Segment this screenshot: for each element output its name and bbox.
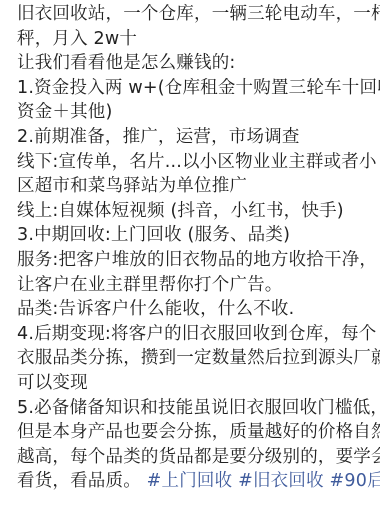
post-line: 3.中期回收:上门回收 (服务、品类) — [17, 223, 367, 248]
post-line: 衣服品类分拣，攒到一定数量然后拉到源头厂就 — [17, 346, 367, 371]
hashtag-link-door-recycling[interactable]: #上门回收 — [147, 471, 233, 491]
post-line: 让客户在业主群里帮你打个广告。 — [17, 273, 367, 298]
post-line: 资金＋其他) — [17, 100, 367, 125]
post-line: 4.后期变现:将客户的旧衣服回收到仓库，每个 — [17, 322, 367, 347]
post-line: 但是本身产品也要会分拣，质量越好的价格自然 — [17, 420, 367, 445]
post-line: 可以变现 — [17, 371, 367, 396]
post-line: 线上:自媒体短视频 (抖音，小红书，快手) — [17, 199, 367, 224]
post-line: 越高，每个品类的货品都是要分级别的，要学会 — [17, 445, 367, 470]
post-line: 让我们看看他是怎么赚钱的: — [17, 51, 367, 76]
post-line: 线下:宣传单，名片...以小区物业业主群或者小 — [17, 150, 367, 175]
post-line: 旧衣回收站，一个仓库，一辆三轮电动车，一杆 — [17, 2, 367, 27]
hashtag-link-old-clothes-recycling[interactable]: #旧衣回收 — [238, 471, 324, 491]
post-line: 2.前期准备，推广，运营，市场调查 — [17, 125, 367, 150]
post-body: 旧衣回收站，一个仓库，一辆三轮电动车，一杆 秤，月入 2w十 让我们看看他是怎么… — [17, 2, 367, 494]
hashtag-link-post-90s[interactable]: #90后 — [330, 471, 380, 491]
post-line: 1.资金投入两 w+(仓库租金十购置三轮车十回收 — [17, 76, 367, 101]
post-line: 5.必备储备知识和技能虽说旧衣服回收门槛低， — [17, 396, 367, 421]
post-line: 品类:告诉客户什么能收，什么不收. — [17, 297, 367, 322]
post-line: 区超市和菜鸟驿站为单位推广 — [17, 174, 367, 199]
post-line-text: 看货，看品质。 — [17, 471, 141, 491]
post-line: 服务:把客户堆放的旧衣物品的地方收拾干净， — [17, 248, 367, 273]
post-line: 秤，月入 2w十 — [17, 27, 367, 52]
post-last-line: 看货，看品质。 #上门回收 #旧衣回收 #90后 — [17, 469, 367, 494]
